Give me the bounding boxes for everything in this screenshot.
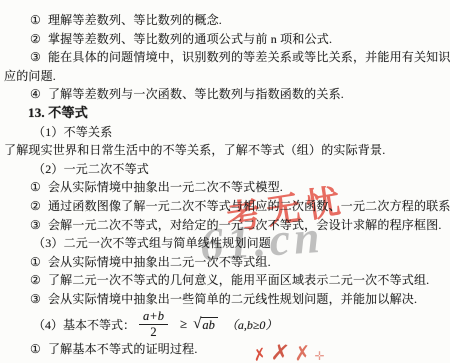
fraction: a+b 2 <box>139 310 168 339</box>
basic-inequality-formula-line: （4）基本不等式： a+b 2 ≥ √ab （a,b≥0） <box>0 309 450 340</box>
circled-number: ③ <box>30 218 41 232</box>
radical-sign-icon: √ <box>193 317 201 332</box>
circled-number: ④ <box>30 87 41 101</box>
text-line: ②了解二元一次不等式的几何意义，能用平面区域表示二元一次不等式组. <box>0 271 450 290</box>
line-text: 了解等差数列与一次函数、等比数列与指数函数的关系. <box>48 87 344 101</box>
circled-number: ② <box>30 199 41 213</box>
formula-condition: （a,b≥0） <box>226 316 278 333</box>
line-text: 掌握等差数列、等比数列的通项公式与前 n 项和公式. <box>48 32 332 46</box>
text-line: 应的问题. <box>0 67 450 86</box>
line-text: 会解一元二次不等式，对给定的一元二次不等式，会设计求解的程序框图. <box>48 218 442 232</box>
line-text: 会从实际情境中抽象出二元一次不等式组. <box>48 255 271 269</box>
circled-number: ③ <box>30 50 41 64</box>
section-heading: 13. 不等式 <box>0 104 450 123</box>
line-text: 通过函数图像了解一元二次不等式与相应的二次函数、一元二次方程的联系. <box>48 199 450 213</box>
text-line: ③会从实际情境中抽象出一些简单的二元线性规划问题，并能加以解决. <box>0 290 450 309</box>
text-line: ①会从实际情境中抽象出一元二次不等式模型. <box>0 178 450 197</box>
radicand: ab <box>201 317 218 332</box>
circled-number: ① <box>30 342 41 356</box>
square-root-expression: √ab <box>193 317 218 332</box>
text-line: ①理解等差数列、等比数列的概念. <box>0 11 450 30</box>
circled-number: ② <box>30 273 41 287</box>
text-line: ③会解一元二次不等式，对给定的一元二次不等式，会设计求解的程序框图. <box>0 216 450 235</box>
text-line: ③能在具体的问题情境中，识别数列的等差关系或等比关系，并能用有关知识解决相 <box>0 48 450 67</box>
fraction-denominator: 2 <box>150 325 156 339</box>
circled-number: ② <box>30 32 41 46</box>
line-text: 能在具体的问题情境中，识别数列的等差关系或等比关系，并能用有关知识解决相 <box>48 50 450 64</box>
text-line: （1）不等关系 <box>0 123 450 142</box>
text-line: ①会从实际情境中抽象出二元一次不等式组. <box>0 253 450 272</box>
text-line: （2）一元二次不等式 <box>0 160 450 179</box>
circled-number: ① <box>30 255 41 269</box>
line-text: 了解基本不等式的证明过程. <box>48 342 198 356</box>
circled-number: ① <box>30 13 41 27</box>
circled-number: ③ <box>30 292 41 306</box>
document-body: ①理解等差数列、等比数列的概念.②掌握等差数列、等比数列的通项公式与前 n 项和… <box>0 0 450 358</box>
text-line: （3）二元一次不等式组与简单线性规划问题 <box>0 234 450 253</box>
fraction-numerator: a+b <box>139 310 168 325</box>
greater-equal-symbol: ≥ <box>180 316 187 332</box>
text-line: ④了解等差数列与一次函数、等比数列与指数函数的关系. <box>0 85 450 104</box>
circled-number: ① <box>30 180 41 194</box>
text-line: ①了解基本不等式的证明过程. <box>0 340 450 359</box>
line-text: 了解二元一次不等式的几何意义，能用平面区域表示二元一次不等式组. <box>48 273 429 287</box>
formula-label: （4）基本不等式： <box>33 316 135 333</box>
line-text: 理解等差数列、等比数列的概念. <box>48 13 222 27</box>
text-line: 了解现实世界和日常生活中的不等关系，了解不等式（组）的实际背景. <box>0 141 450 160</box>
text-line: ②通过函数图像了解一元二次不等式与相应的二次函数、一元二次方程的联系. <box>0 197 450 216</box>
scanned-document: { "page": { "background": "#fcfcfa", "te… <box>0 0 450 363</box>
line-text: 会从实际情境中抽象出一元二次不等式模型. <box>48 180 283 194</box>
line-text: 会从实际情境中抽象出一些简单的二元线性规划问题，并能加以解决. <box>48 292 417 306</box>
text-line: ②掌握等差数列、等比数列的通项公式与前 n 项和公式. <box>0 30 450 49</box>
